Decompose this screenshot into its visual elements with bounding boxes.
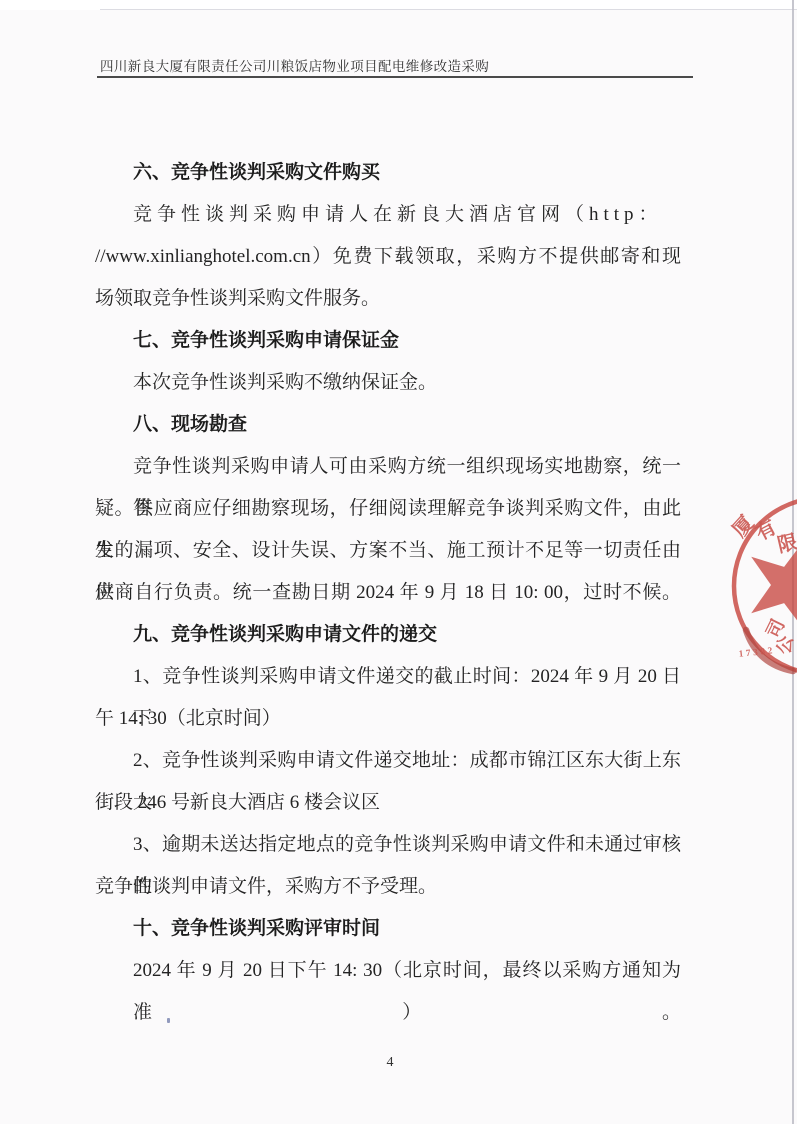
body-line: 2024 年 9 月 20 日下午 14: 30（北京时间，最终以采购方通知为准… [95, 950, 681, 992]
body-line: 3、逾期未送达指定地点的竞争性谈判采购申请文件和未通过审核的 [95, 824, 681, 866]
official-seal-stamp: 厦 有 限 司 公 17382 [690, 460, 797, 720]
body-line: 场领取竞争性谈判采购文件服务。 [95, 278, 681, 320]
body-line: 本次竞争性谈判采购不缴纳保证金。 [95, 362, 681, 404]
section-8-heading: 八、现场勘查 [95, 404, 681, 446]
body-line: 疑。供应商应仔细勘察现场，仔细阅读理解竞争谈判采购文件，由此发 [95, 488, 681, 530]
document-header-title: 四川新良大厦有限责任公司川粮饭店物业项目配电维修改造采购 [100, 55, 489, 75]
body-line: 2、竞争性谈判采购申请文件递交地址：成都市锦江区东大街上东大 [95, 740, 681, 782]
body-line: 竞争性谈判采购申请人可由采购方统一组织现场实地勘察，统一答 [95, 446, 681, 488]
ink-speck [167, 1018, 170, 1023]
document-body: 六、竞争性谈判采购文件购买 竞争性谈判采购申请人在新良大酒店官网（http： /… [95, 152, 681, 992]
seal-ring-char: 限 [775, 530, 797, 557]
section-10-heading: 十、竞争性谈判采购评审时间 [95, 908, 681, 950]
section-9-heading: 九、竞争性谈判采购申请文件的递交 [95, 614, 681, 656]
header-underline [97, 76, 693, 78]
page-number: 4 [0, 1055, 780, 1071]
section-7-heading: 七、竞争性谈判采购申请保证金 [95, 320, 681, 362]
section-6-heading: 六、竞争性谈判采购文件购买 [95, 152, 681, 194]
scanned-document-page: 四川新良大厦有限责任公司川粮饭店物业项目配电维修改造采购 六、竞争性谈判采购文件… [0, 0, 797, 1124]
body-line: 街段 246 号新良大酒店 6 楼会议区 [95, 782, 681, 824]
seal-ring-char: 公 [774, 634, 797, 655]
body-line: //www.xinlianghotel.com.cn）免费下载领取，采购方不提供… [95, 236, 681, 278]
body-line: 竞争性谈判申请文件，采购方不予受理。 [95, 866, 681, 908]
body-line: 应商自行负责。统一查勘日期 2024 年 9 月 18 日 10: 00，过时不… [95, 572, 681, 614]
body-line: 生的漏项、安全、设计失误、方案不当、施工预计不足等一切责任由供 [95, 530, 681, 572]
body-line: 竞争性谈判采购申请人在新良大酒店官网（http： [95, 194, 681, 236]
body-line: 午 14: 30（北京时间） [95, 698, 681, 740]
scan-top-edge-line [100, 9, 797, 10]
body-line: 1、竞争性谈判采购申请文件递交的截止时间：2024 年 9 月 20 日下 [95, 656, 681, 698]
